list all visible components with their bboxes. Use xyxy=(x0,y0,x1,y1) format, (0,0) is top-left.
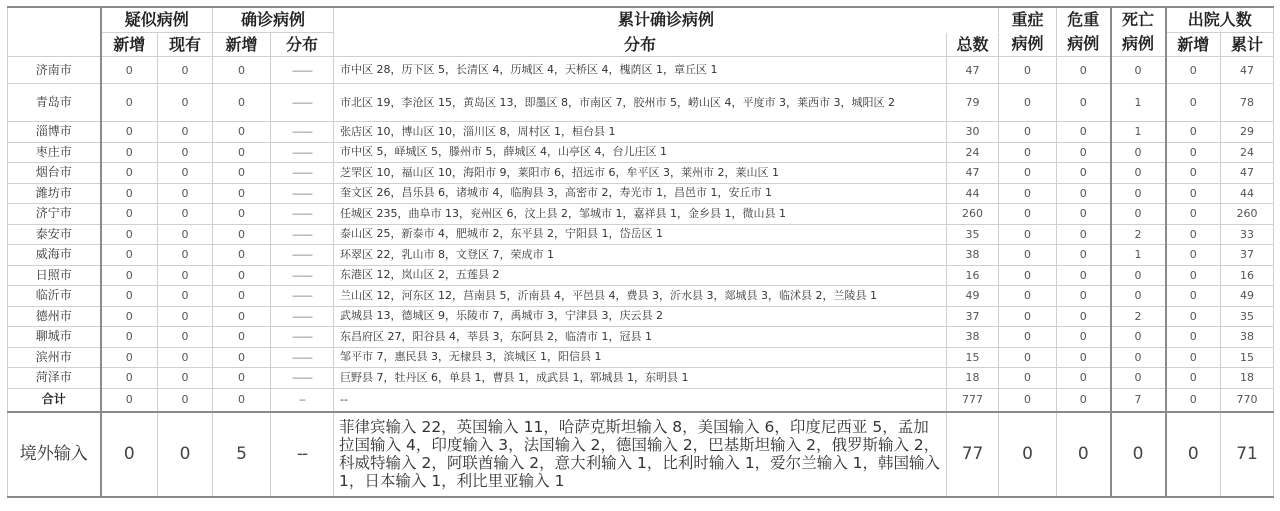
table-row: 淄博市 0 0 0 —— 张店区 10，博山区 10，淄川区 8，周村区 1，桓… xyxy=(8,122,1274,143)
cumulative-total: 777 xyxy=(947,388,999,412)
header-confirmed: 确诊病例 xyxy=(213,7,334,33)
discharged-new: 0 xyxy=(1166,163,1221,184)
confirmed-distribution: —— xyxy=(271,327,334,348)
suspected-existing: 0 xyxy=(158,224,213,245)
confirmed-distribution: -- xyxy=(271,412,334,497)
discharged-cumulative: 47 xyxy=(1221,57,1274,84)
suspected-new: 0 xyxy=(101,306,158,327)
suspected-new: 0 xyxy=(101,347,158,368)
confirmed-new: 0 xyxy=(213,163,271,184)
header-city xyxy=(8,7,101,57)
total-row: 合计 0 0 0 -- -- 777 0 0 7 0 770 xyxy=(8,388,1274,412)
death-cases: 0 xyxy=(1111,183,1166,204)
table-row: 菏泽市 0 0 0 —— 巨野县 7，牡丹区 6，单县 1，曹县 1，成武县 1… xyxy=(8,368,1274,389)
cumulative-distribution: -- xyxy=(334,388,947,412)
discharged-cumulative: 15 xyxy=(1221,347,1274,368)
suspected-existing: 0 xyxy=(158,327,213,348)
suspected-existing: 0 xyxy=(158,265,213,286)
death-cases: 2 xyxy=(1111,306,1166,327)
header-critical-bottom: 病例 xyxy=(1057,33,1111,57)
confirmed-new: 0 xyxy=(213,286,271,307)
discharged-cumulative: 71 xyxy=(1221,412,1274,497)
critical-cases: 0 xyxy=(1057,412,1111,497)
death-cases: 7 xyxy=(1111,388,1166,412)
confirmed-new: 0 xyxy=(213,84,271,122)
table-row: 济南市 0 0 0 —— 市中区 28，历下区 5，长清区 4，历城区 4，天桥… xyxy=(8,57,1274,84)
critical-cases: 0 xyxy=(1057,204,1111,225)
confirmed-distribution: —— xyxy=(271,368,334,389)
cumulative-total: 30 xyxy=(947,122,999,143)
cumulative-distribution: 任城区 235，曲阜市 13，兖州区 6，汶上县 2，邹城市 1，嘉祥县 1，金… xyxy=(334,204,947,225)
discharged-new: 0 xyxy=(1166,122,1221,143)
discharged-cumulative: 16 xyxy=(1221,265,1274,286)
confirmed-new: 0 xyxy=(213,183,271,204)
cumulative-distribution: 环翠区 22，乳山市 8，文登区 7，荣成市 1 xyxy=(334,245,947,266)
suspected-existing: 0 xyxy=(158,142,213,163)
death-cases: 1 xyxy=(1111,84,1166,122)
suspected-existing: 0 xyxy=(158,84,213,122)
severe-cases: 0 xyxy=(999,142,1057,163)
discharged-cumulative: 18 xyxy=(1221,368,1274,389)
table-row: 青岛市 0 0 0 —— 市北区 19，李沧区 15，黄岛区 13，即墨区 8，… xyxy=(8,84,1274,122)
critical-cases: 0 xyxy=(1057,265,1111,286)
confirmed-distribution: —— xyxy=(271,142,334,163)
cumulative-total: 37 xyxy=(947,306,999,327)
discharged-new: 0 xyxy=(1166,57,1221,84)
death-cases: 0 xyxy=(1111,327,1166,348)
suspected-new: 0 xyxy=(101,265,158,286)
severe-cases: 0 xyxy=(999,183,1057,204)
death-cases: 0 xyxy=(1111,57,1166,84)
header-row-2: 新增 现有 新增 分布 分布 总数 病例 病例 病例 新增 累计 xyxy=(8,33,1274,57)
cumulative-total: 260 xyxy=(947,204,999,225)
cumulative-total: 24 xyxy=(947,142,999,163)
death-cases: 0 xyxy=(1111,142,1166,163)
cumulative-distribution: 市中区 5，峄城区 5，滕州市 5，薛城区 4，山亭区 4，台儿庄区 1 xyxy=(334,142,947,163)
discharged-new: 0 xyxy=(1166,327,1221,348)
cumulative-total: 79 xyxy=(947,84,999,122)
confirmed-distribution: —— xyxy=(271,122,334,143)
discharged-cumulative: 24 xyxy=(1221,142,1274,163)
discharged-cumulative: 49 xyxy=(1221,286,1274,307)
death-cases: 0 xyxy=(1111,163,1166,184)
confirmed-distribution: —— xyxy=(271,57,334,84)
severe-cases: 0 xyxy=(999,84,1057,122)
city-name: 淄博市 xyxy=(8,122,101,143)
suspected-existing: 0 xyxy=(158,347,213,368)
suspected-existing: 0 xyxy=(158,204,213,225)
header-cumulative-total: 总数 xyxy=(947,33,999,57)
death-cases: 0 xyxy=(1111,412,1166,497)
discharged-cumulative: 35 xyxy=(1221,306,1274,327)
city-name: 济南市 xyxy=(8,57,101,84)
critical-cases: 0 xyxy=(1057,224,1111,245)
confirmed-new: 0 xyxy=(213,327,271,348)
confirmed-distribution: —— xyxy=(271,84,334,122)
discharged-cumulative: 78 xyxy=(1221,84,1274,122)
header-death-top: 死亡 xyxy=(1111,7,1166,33)
critical-cases: 0 xyxy=(1057,286,1111,307)
city-name: 日照市 xyxy=(8,265,101,286)
severe-cases: 0 xyxy=(999,57,1057,84)
city-name: 菏泽市 xyxy=(8,368,101,389)
suspected-existing: 0 xyxy=(158,286,213,307)
discharged-new: 0 xyxy=(1166,142,1221,163)
confirmed-new: 0 xyxy=(213,388,271,412)
header-confirmed-new: 新增 xyxy=(213,33,271,57)
discharged-new: 0 xyxy=(1166,368,1221,389)
severe-cases: 0 xyxy=(999,265,1057,286)
table-row: 烟台市 0 0 0 —— 芝罘区 10，福山区 10，海阳市 9，莱阳市 6，招… xyxy=(8,163,1274,184)
header-severe-top: 重症 xyxy=(999,7,1057,33)
severe-cases: 0 xyxy=(999,245,1057,266)
confirmed-distribution: —— xyxy=(271,347,334,368)
confirmed-distribution: —— xyxy=(271,204,334,225)
critical-cases: 0 xyxy=(1057,245,1111,266)
city-name: 威海市 xyxy=(8,245,101,266)
table-row: 日照市 0 0 0 —— 东港区 12，岚山区 2，五莲县 2 16 0 0 0… xyxy=(8,265,1274,286)
suspected-new: 0 xyxy=(101,57,158,84)
suspected-existing: 0 xyxy=(158,245,213,266)
cumulative-total: 38 xyxy=(947,327,999,348)
critical-cases: 0 xyxy=(1057,306,1111,327)
cumulative-distribution: 武城县 13，德城区 9，乐陵市 7，禹城市 3，宁津县 3，庆云县 2 xyxy=(334,306,947,327)
header-suspected-existing: 现有 xyxy=(158,33,213,57)
cumulative-distribution: 张店区 10，博山区 10，淄川区 8，周村区 1，桓台县 1 xyxy=(334,122,947,143)
critical-cases: 0 xyxy=(1057,327,1111,348)
severe-cases: 0 xyxy=(999,412,1057,497)
severe-cases: 0 xyxy=(999,327,1057,348)
city-name: 临沂市 xyxy=(8,286,101,307)
confirmed-new: 0 xyxy=(213,368,271,389)
header-cumulative-distribution: 分布 xyxy=(334,33,947,57)
confirmed-new: 0 xyxy=(213,142,271,163)
header-suspected-new: 新增 xyxy=(101,33,158,57)
city-name: 聊城市 xyxy=(8,327,101,348)
suspected-existing: 0 xyxy=(158,412,213,497)
cumulative-distribution: 奎文区 26，昌乐县 6，诸城市 4，临朐县 3，高密市 2，寿光市 1，昌邑市… xyxy=(334,183,947,204)
discharged-new: 0 xyxy=(1166,306,1221,327)
severe-cases: 0 xyxy=(999,224,1057,245)
confirmed-distribution: —— xyxy=(271,286,334,307)
header-critical-top: 危重 xyxy=(1057,7,1111,33)
city-name: 烟台市 xyxy=(8,163,101,184)
discharged-new: 0 xyxy=(1166,265,1221,286)
severe-cases: 0 xyxy=(999,368,1057,389)
suspected-new: 0 xyxy=(101,245,158,266)
table-row: 临沂市 0 0 0 —— 兰山区 12，河东区 12，莒南县 5，沂南县 4，平… xyxy=(8,286,1274,307)
header-discharged: 出院人数 xyxy=(1166,7,1274,33)
cumulative-total: 15 xyxy=(947,347,999,368)
discharged-new: 0 xyxy=(1166,245,1221,266)
severe-cases: 0 xyxy=(999,204,1057,225)
city-name: 潍坊市 xyxy=(8,183,101,204)
table-row: 聊城市 0 0 0 —— 东昌府区 27，阳谷县 4，莘县 3，东阿县 2，临清… xyxy=(8,327,1274,348)
city-name: 德州市 xyxy=(8,306,101,327)
critical-cases: 0 xyxy=(1057,347,1111,368)
death-cases: 2 xyxy=(1111,224,1166,245)
table-row: 德州市 0 0 0 —— 武城县 13，德城区 9，乐陵市 7，禹城市 3，宁津… xyxy=(8,306,1274,327)
confirmed-new: 5 xyxy=(213,412,271,497)
table-row: 威海市 0 0 0 —— 环翠区 22，乳山市 8，文登区 7，荣成市 1 38… xyxy=(8,245,1274,266)
suspected-existing: 0 xyxy=(158,183,213,204)
severe-cases: 0 xyxy=(999,122,1057,143)
header-discharged-cumulative: 累计 xyxy=(1221,33,1274,57)
confirmed-distribution: —— xyxy=(271,265,334,286)
death-cases: 0 xyxy=(1111,265,1166,286)
cumulative-total: 18 xyxy=(947,368,999,389)
header-confirmed-distribution: 分布 xyxy=(271,33,334,57)
critical-cases: 0 xyxy=(1057,84,1111,122)
critical-cases: 0 xyxy=(1057,368,1111,389)
city-name: 泰安市 xyxy=(8,224,101,245)
discharged-cumulative: 29 xyxy=(1221,122,1274,143)
confirmed-new: 0 xyxy=(213,224,271,245)
confirmed-new: 0 xyxy=(213,347,271,368)
suspected-new: 0 xyxy=(101,327,158,348)
header-cumulative: 累计确诊病例 xyxy=(334,7,999,33)
cumulative-total: 16 xyxy=(947,265,999,286)
suspected-new: 0 xyxy=(101,388,158,412)
suspected-new: 0 xyxy=(101,163,158,184)
suspected-existing: 0 xyxy=(158,163,213,184)
suspected-new: 0 xyxy=(101,224,158,245)
header-row-1: 疑似病例 确诊病例 累计确诊病例 重症 危重 死亡 出院人数 xyxy=(8,7,1274,33)
death-cases: 1 xyxy=(1111,245,1166,266)
death-cases: 0 xyxy=(1111,286,1166,307)
confirmed-distribution: —— xyxy=(271,183,334,204)
suspected-new: 0 xyxy=(101,204,158,225)
overseas-row: 境外输入 0 0 5 -- 菲律宾输入 22，英国输入 11，哈萨克斯坦输入 8… xyxy=(8,412,1274,497)
table-row: 枣庄市 0 0 0 —— 市中区 5，峄城区 5，滕州市 5，薛城区 4，山亭区… xyxy=(8,142,1274,163)
critical-cases: 0 xyxy=(1057,183,1111,204)
table-row: 泰安市 0 0 0 —— 泰山区 25，新泰市 4，肥城市 2，东平县 2，宁阳… xyxy=(8,224,1274,245)
death-cases: 0 xyxy=(1111,204,1166,225)
suspected-existing: 0 xyxy=(158,388,213,412)
suspected-new: 0 xyxy=(101,84,158,122)
cumulative-total: 49 xyxy=(947,286,999,307)
critical-cases: 0 xyxy=(1057,163,1111,184)
city-name: 境外输入 xyxy=(8,412,101,497)
cumulative-total: 77 xyxy=(947,412,999,497)
confirmed-new: 0 xyxy=(213,204,271,225)
critical-cases: 0 xyxy=(1057,122,1111,143)
suspected-new: 0 xyxy=(101,142,158,163)
header-death-bottom: 病例 xyxy=(1111,33,1166,57)
cumulative-distribution: 兰山区 12，河东区 12，莒南县 5，沂南县 4，平邑县 4，费县 3，沂水县… xyxy=(334,286,947,307)
discharged-cumulative: 37 xyxy=(1221,245,1274,266)
header-severe-bottom: 病例 xyxy=(999,33,1057,57)
suspected-new: 0 xyxy=(101,368,158,389)
severe-cases: 0 xyxy=(999,347,1057,368)
discharged-cumulative: 38 xyxy=(1221,327,1274,348)
death-cases: 1 xyxy=(1111,122,1166,143)
severe-cases: 0 xyxy=(999,388,1057,412)
confirmed-new: 0 xyxy=(213,265,271,286)
critical-cases: 0 xyxy=(1057,57,1111,84)
confirmed-distribution: —— xyxy=(271,224,334,245)
discharged-cumulative: 33 xyxy=(1221,224,1274,245)
cumulative-total: 35 xyxy=(947,224,999,245)
confirmed-new: 0 xyxy=(213,57,271,84)
discharged-cumulative: 47 xyxy=(1221,163,1274,184)
death-cases: 0 xyxy=(1111,368,1166,389)
cumulative-distribution: 东昌府区 27，阳谷县 4，莘县 3，东阿县 2，临清市 1，冠县 1 xyxy=(334,327,947,348)
confirmed-distribution: -- xyxy=(271,388,334,412)
severe-cases: 0 xyxy=(999,306,1057,327)
header-suspected: 疑似病例 xyxy=(101,7,213,33)
discharged-new: 0 xyxy=(1166,224,1221,245)
discharged-cumulative: 44 xyxy=(1221,183,1274,204)
city-name: 济宁市 xyxy=(8,204,101,225)
discharged-new: 0 xyxy=(1166,347,1221,368)
severe-cases: 0 xyxy=(999,163,1057,184)
cumulative-distribution: 邹平市 7，惠民县 3，无棣县 3，滨城区 1，阳信县 1 xyxy=(334,347,947,368)
suspected-existing: 0 xyxy=(158,306,213,327)
confirmed-new: 0 xyxy=(213,122,271,143)
critical-cases: 0 xyxy=(1057,388,1111,412)
city-name: 合计 xyxy=(8,388,101,412)
cumulative-distribution: 菲律宾输入 22，英国输入 11，哈萨克斯坦输入 8，美国输入 6，印度尼西亚 … xyxy=(334,412,947,497)
covid-stats-table: 疑似病例 确诊病例 累计确诊病例 重症 危重 死亡 出院人数 新增 现有 新增 … xyxy=(7,6,1274,498)
cumulative-total: 38 xyxy=(947,245,999,266)
table-body: 济南市 0 0 0 —— 市中区 28，历下区 5，长清区 4，历城区 4，天桥… xyxy=(8,57,1274,497)
city-name: 枣庄市 xyxy=(8,142,101,163)
suspected-existing: 0 xyxy=(158,368,213,389)
cumulative-distribution: 巨野县 7，牡丹区 6，单县 1，曹县 1，成武县 1，郓城县 1，东明县 1 xyxy=(334,368,947,389)
header-discharged-new: 新增 xyxy=(1166,33,1221,57)
table-row: 潍坊市 0 0 0 —— 奎文区 26，昌乐县 6，诸城市 4，临朐县 3，高密… xyxy=(8,183,1274,204)
cumulative-total: 47 xyxy=(947,57,999,84)
critical-cases: 0 xyxy=(1057,142,1111,163)
cumulative-distribution: 泰山区 25，新泰市 4，肥城市 2，东平县 2，宁阳县 1，岱岳区 1 xyxy=(334,224,947,245)
table-row: 滨州市 0 0 0 —— 邹平市 7，惠民县 3，无棣县 3，滨城区 1，阳信县… xyxy=(8,347,1274,368)
severe-cases: 0 xyxy=(999,286,1057,307)
confirmed-new: 0 xyxy=(213,306,271,327)
cumulative-total: 44 xyxy=(947,183,999,204)
discharged-cumulative: 770 xyxy=(1221,388,1274,412)
suspected-existing: 0 xyxy=(158,57,213,84)
confirmed-new: 0 xyxy=(213,245,271,266)
discharged-new: 0 xyxy=(1166,388,1221,412)
city-name: 滨州市 xyxy=(8,347,101,368)
discharged-new: 0 xyxy=(1166,412,1221,497)
cumulative-distribution: 芝罘区 10，福山区 10，海阳市 9，莱阳市 6，招远市 6，牟平区 3，莱州… xyxy=(334,163,947,184)
table-row: 济宁市 0 0 0 —— 任城区 235，曲阜市 13，兖州区 6，汶上县 2，… xyxy=(8,204,1274,225)
death-cases: 0 xyxy=(1111,347,1166,368)
discharged-new: 0 xyxy=(1166,84,1221,122)
suspected-existing: 0 xyxy=(158,122,213,143)
cumulative-distribution: 东港区 12，岚山区 2，五莲县 2 xyxy=(334,265,947,286)
cumulative-total: 47 xyxy=(947,163,999,184)
covid-stats-table-container: 疑似病例 确诊病例 累计确诊病例 重症 危重 死亡 出院人数 新增 现有 新增 … xyxy=(7,6,1273,498)
confirmed-distribution: —— xyxy=(271,306,334,327)
discharged-new: 0 xyxy=(1166,183,1221,204)
cumulative-distribution: 市北区 19，李沧区 15，黄岛区 13，即墨区 8，市南区 7，胶州市 5，崂… xyxy=(334,84,947,122)
discharged-new: 0 xyxy=(1166,204,1221,225)
suspected-new: 0 xyxy=(101,412,158,497)
discharged-new: 0 xyxy=(1166,286,1221,307)
confirmed-distribution: —— xyxy=(271,163,334,184)
city-name: 青岛市 xyxy=(8,84,101,122)
suspected-new: 0 xyxy=(101,122,158,143)
confirmed-distribution: —— xyxy=(271,245,334,266)
cumulative-distribution: 市中区 28，历下区 5，长清区 4，历城区 4，天桥区 4，槐荫区 1，章丘区… xyxy=(334,57,947,84)
suspected-new: 0 xyxy=(101,286,158,307)
suspected-new: 0 xyxy=(101,183,158,204)
discharged-cumulative: 260 xyxy=(1221,204,1274,225)
